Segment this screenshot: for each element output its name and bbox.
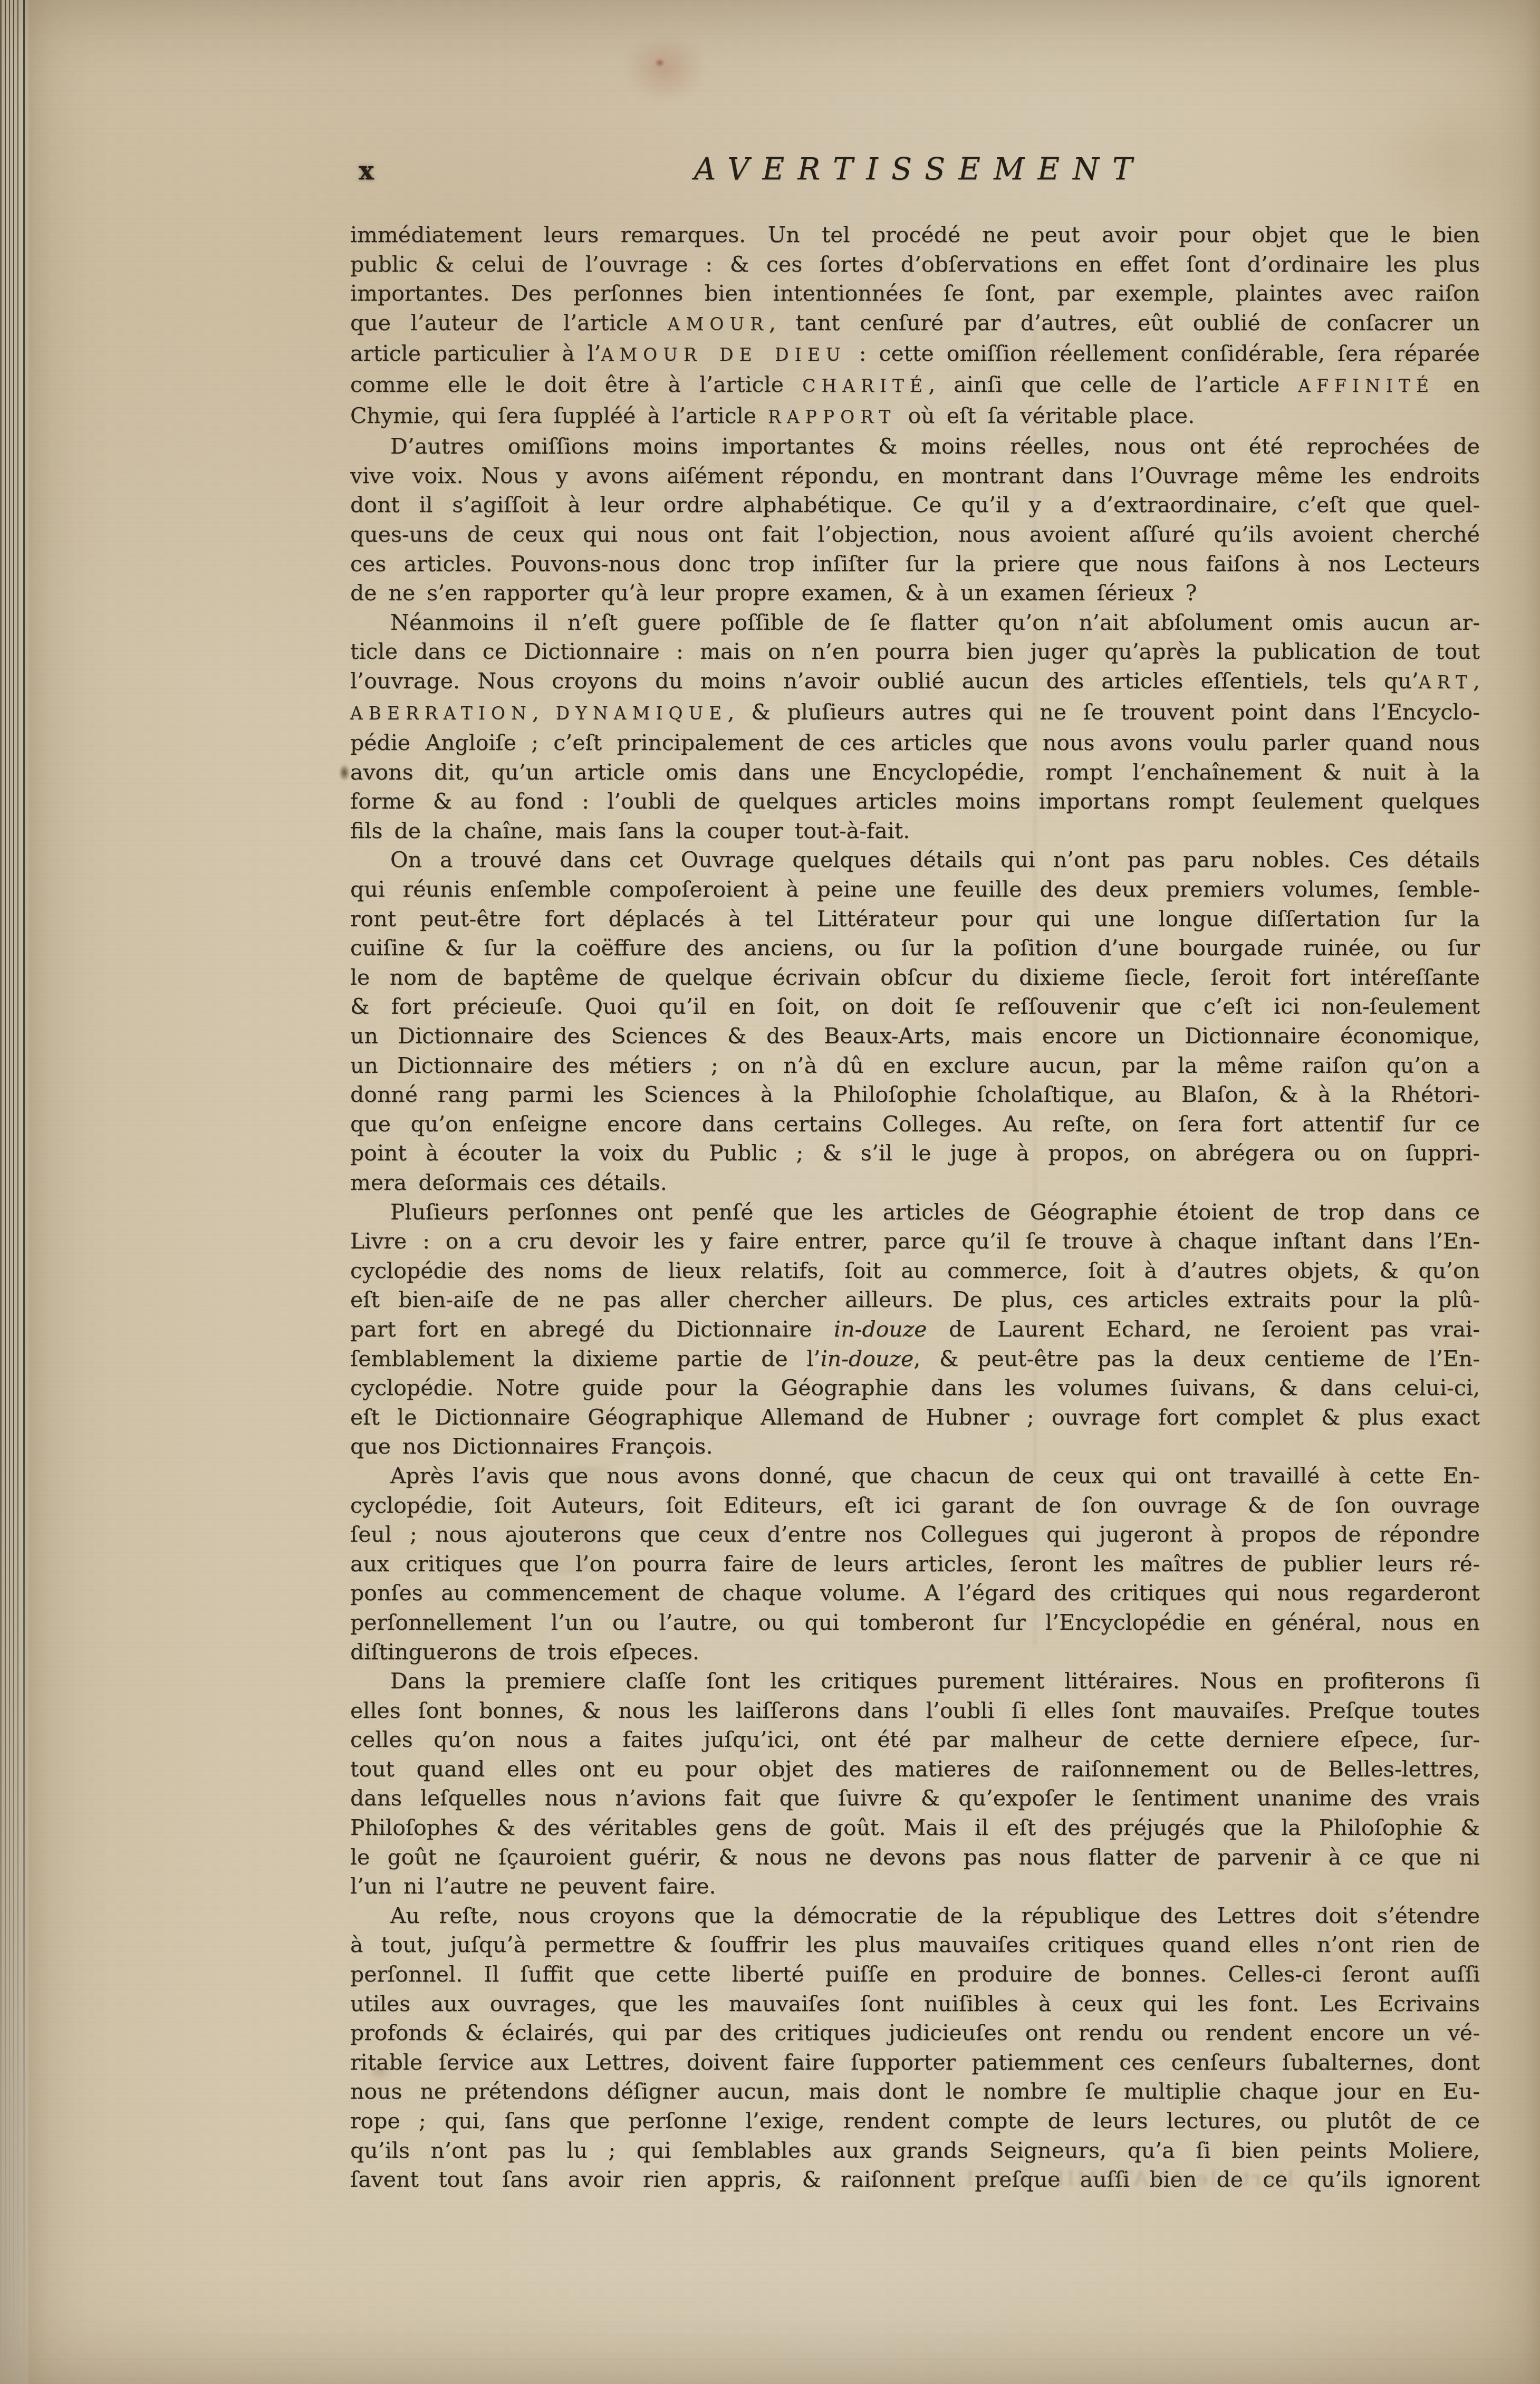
text-line: elles ſont bonnes, & nous les laiſſerons… <box>350 1696 1480 1726</box>
text-line: de ne s’en rapporter qu’à leur propre ex… <box>350 579 1480 608</box>
text-line: Philoſophes & des véritables gens de goû… <box>350 1813 1480 1843</box>
text-line: & fort précieuſe. Quoi qu’il en ſoit, on… <box>350 992 1480 1022</box>
text-line: le nom de baptême de quelque écrivain ob… <box>350 963 1480 993</box>
text-line: forme & au fond : l’oubli de quelques ar… <box>350 787 1480 816</box>
text-line: perſonnel. Il ſuffit que cette liberté p… <box>350 1960 1480 1989</box>
text-line: Après l’avis que nous avons donné, que c… <box>350 1462 1480 1491</box>
text-line: celles qu’on nous a faites juſqu’ici, on… <box>350 1725 1480 1755</box>
small-caps-term: ABERRATION <box>350 704 532 724</box>
text-line: cyclopédie, ſoit Auteurs, ſoit Editeurs,… <box>350 1491 1480 1521</box>
text-line: avons dit, qu’un article omis dans une E… <box>350 758 1480 787</box>
text-line: rope ; qui, ſans que perſonne l’exige, r… <box>350 2107 1480 2136</box>
text-line: pédie Angloiſe ; c’eſt principalement de… <box>350 728 1480 758</box>
small-caps-term: AMOUR <box>668 314 769 334</box>
text-line: article particulier à l’AMOUR DE DIEU : … <box>350 339 1480 370</box>
text-line: perſonnellement l’un ou l’autre, ou qui … <box>350 1608 1480 1638</box>
text-line: immédiatement leurs remarques. Un tel pr… <box>350 220 1480 250</box>
italic-term: in-douze <box>821 1346 914 1371</box>
text-line: ſavent tout ſans avoir rien appris, & ra… <box>350 2165 1480 2195</box>
page-edge-fade <box>0 1430 28 2384</box>
text-line: mera deſormais ces détails. <box>350 1168 1480 1198</box>
text-line: cyclopédie. Notre guide pour la Géograph… <box>350 1373 1480 1403</box>
page-title: AVERTISSEMENT <box>350 152 1489 187</box>
stain <box>653 57 667 69</box>
text-line: vive voix. Nous y avons aiſément répondu… <box>350 462 1480 491</box>
italic-term: in-douze <box>834 1316 927 1342</box>
text-line: donné rang parmi les Sciences à la Philo… <box>350 1080 1480 1110</box>
text-column: immédiatement leurs remarques. Un tel pr… <box>350 220 1480 2195</box>
text-line: cyclopédie des noms de lieux relatifs, ſ… <box>350 1256 1480 1286</box>
text-line: Dans la premiere claſſe ſont les critiqu… <box>350 1667 1480 1696</box>
text-line: qui réunis enſemble compoſeroient à pein… <box>350 875 1480 905</box>
text-line: ABERRATION, DYNAMIQUE, & pluſieurs autre… <box>350 698 1480 729</box>
text-line: l’ouvrage. Nous croyons du moins n’avoir… <box>350 667 1480 698</box>
text-line: que qu’on enſeigne encore dans certains … <box>350 1110 1480 1139</box>
text-line: dans leſquelles nous n’avions fait que ſ… <box>350 1784 1480 1813</box>
text-line: eſt bien-aiſe de ne pas aller chercher a… <box>350 1285 1480 1315</box>
text-line: un Dictionnaire des Sciences & des Beaux… <box>350 1022 1480 1051</box>
text-line: l’un ni l’autre ne peuvent faire. <box>350 1872 1480 1901</box>
text-line: ces articles. Pouvons-nous donc trop inſ… <box>350 550 1480 579</box>
stain <box>607 21 723 116</box>
text-line: un Dictionnaire des métiers ; on n’à dû … <box>350 1051 1480 1081</box>
text-line: profonds & éclairés, qui par des critiqu… <box>350 2018 1480 2048</box>
text-line: ponſes au commencement de chaque volume.… <box>350 1579 1480 1608</box>
text-line: à tout, juſqu’à permettre & ſouffrir les… <box>350 1930 1480 1960</box>
text-line: le goût ne ſçauroient guérir, & nous ne … <box>350 1843 1480 1872</box>
text-line: tout quand elles ont eu pour objet des m… <box>350 1755 1480 1784</box>
small-caps-term: RAPPORT <box>768 407 896 427</box>
small-caps-term: AFFINITÉ <box>1298 376 1435 396</box>
text-line: diſtinguerons de trois eſpeces. <box>350 1638 1480 1667</box>
text-line: ticle dans ce Dictionnaire : mais on n’e… <box>350 637 1480 667</box>
text-line: comme elle le doit être à l’article CHAR… <box>350 370 1480 401</box>
text-line: part fort en abregé du Dictionnaire in-d… <box>350 1315 1480 1344</box>
text-line: ſeul ; nous ajouterons que ceux d’entre … <box>350 1520 1480 1550</box>
text-line: Néanmoins il n’eſt guere poſſible de ſe … <box>350 608 1480 638</box>
small-caps-term: CHARITÉ <box>802 376 928 396</box>
text-line: Au reſte, nous croyons que la démocratie… <box>350 1901 1480 1931</box>
text-line: point à écouter la voix du Public ; & s’… <box>350 1139 1480 1168</box>
text-line: D’autres omiſſions moins importantes & m… <box>350 432 1480 462</box>
text-line: On a trouvé dans cet Ouvrage quelques dé… <box>350 845 1480 875</box>
text-line: nous ne prétendons déſigner aucun, mais … <box>350 2077 1480 2107</box>
ink-blot <box>338 762 351 783</box>
text-line: ritable ſervice aux Lettres, doivent fai… <box>350 2048 1480 2078</box>
text-line: dont il s’agiſſoit à leur ordre alphabét… <box>350 491 1480 520</box>
text-line: cuiſine & ſur la coëffure des anciens, o… <box>350 934 1480 963</box>
text-line: aux critiques que l’on pourra faire de l… <box>350 1550 1480 1579</box>
text-line: ſemblablement la dixieme partie de l’in-… <box>350 1344 1480 1374</box>
text-line: eſt le Dictionnaire Géographique Alleman… <box>350 1403 1480 1433</box>
text-line: importantes. Des perſonnes bien intentio… <box>350 279 1480 309</box>
text-line: que l’auteur de l’article AMOUR, tant ce… <box>350 309 1480 340</box>
text-line: Livre : on a cru devoir les y faire entr… <box>350 1227 1480 1256</box>
text-line: Chymie, qui ſera ſuppléé à l’article RAP… <box>350 401 1480 432</box>
text-line: ront peut-être fort déplacés à tel Litté… <box>350 905 1480 934</box>
small-caps-term: AMOUR DE DIEU <box>601 345 846 365</box>
text-line: Pluſieurs perſonnes ont penſé que les ar… <box>350 1198 1480 1227</box>
text-line: qu’ils n’ont pas lu ; qui ſemblables aux… <box>350 2136 1480 2166</box>
text-line: public & celui de l’ouvrage : & ces ſort… <box>350 250 1480 280</box>
document-page: x AVERTISSEMENT immédiatement leurs rema… <box>0 0 1540 2384</box>
text-line: ques-uns de ceux qui nous ont fait l’obj… <box>350 520 1480 550</box>
small-caps-term: ART <box>1419 672 1473 693</box>
text-line: que nos Dictionnaires François. <box>350 1432 1480 1462</box>
text-line: fils de la chaîne, mais ſans la couper t… <box>350 816 1480 846</box>
text-line: utiles aux ouvrages, que les mauvaiſes ſ… <box>350 1989 1480 2019</box>
small-caps-term: DYNAMIQUE <box>556 704 728 724</box>
